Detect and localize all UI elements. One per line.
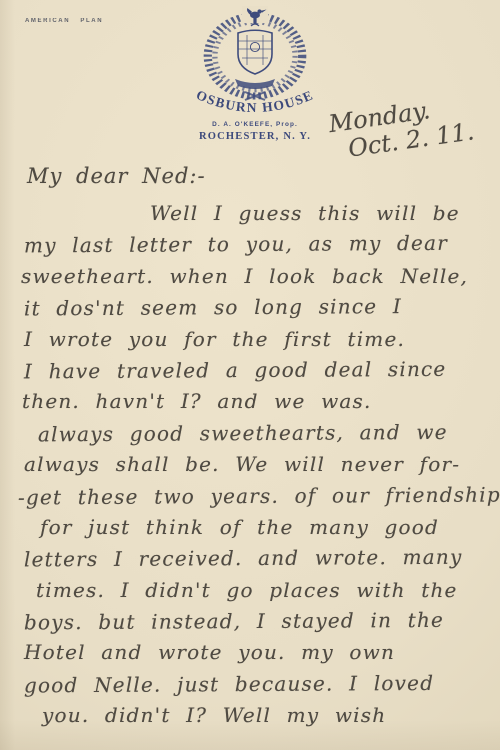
hotel-crest: OSBURN HOUSE xyxy=(185,6,325,124)
letter-line: Well I guess this will be xyxy=(24,198,489,229)
letter-line: you. didn't I? Well my wish xyxy=(42,700,489,731)
shield-icon xyxy=(238,24,272,74)
letter-line: letters I received. and wrote. many xyxy=(24,542,489,576)
letter-line: I have traveled a good deal since xyxy=(24,354,489,388)
proprietor-line: D. A. O'KEEFE, Prop. xyxy=(185,121,325,128)
letter-line: times. I didn't go places with the xyxy=(36,575,489,606)
letter-line: for just think of the many good xyxy=(40,512,489,543)
city-line: ROCHESTER, N. Y. xyxy=(185,131,325,142)
letter-line: Hotel and wrote you. my own xyxy=(24,637,489,668)
letter-page: AMERICAN PLAN xyxy=(0,0,500,750)
letter-line: I wrote you for the first time. xyxy=(24,324,489,355)
letter-line: always shall be. We will never for- xyxy=(24,449,489,480)
letter-line: it dos'nt seem so long since I xyxy=(24,291,489,325)
letter-line: boys. but instead, I stayed in the xyxy=(24,605,489,639)
american-plan-label: AMERICAN PLAN xyxy=(25,18,103,24)
handwritten-date: Monday. Oct. 2. 11. xyxy=(327,89,493,165)
letter-line: sweetheart. when I look back Nelle, xyxy=(21,261,489,292)
letter-line: my last letter to you, as my dear xyxy=(24,228,489,262)
letter-body: Well I guess this will be my last letter… xyxy=(24,198,489,732)
banner-icon xyxy=(235,79,275,89)
letter-line: -get these two years. of our friendship. xyxy=(18,479,489,513)
letter-line: good Nelle. just because. I loved xyxy=(24,667,489,701)
letter-line: always good sweethearts, and we xyxy=(38,416,489,450)
letter-greeting: My dear Ned:- xyxy=(27,164,206,188)
letter-line: then. havn't I? and we was. xyxy=(22,386,489,417)
